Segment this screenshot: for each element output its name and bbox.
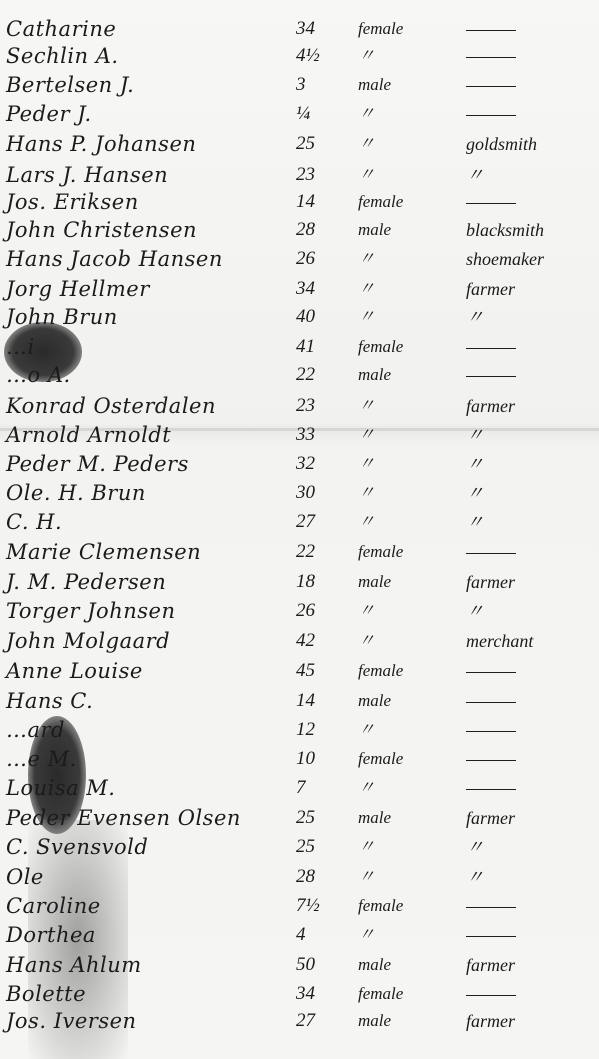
sex-cell: 〃 [358, 41, 375, 71]
sex-cell: male [358, 70, 391, 100]
occupation-cell: merchant [466, 626, 533, 656]
table-row: J. M. Pedersen18malefarmer [0, 567, 599, 597]
age-cell: 3 [296, 70, 306, 100]
table-row: Catharine34female [0, 14, 599, 44]
sex-cell: female [358, 537, 403, 567]
name-cell: Peder Evensen Olsen [6, 803, 241, 833]
occupation-cell [466, 979, 516, 1009]
sex-cell: male [358, 686, 391, 716]
age-cell: 26 [296, 596, 315, 626]
sex-cell: female [358, 656, 403, 686]
occupation-cell: farmer [466, 567, 515, 597]
dash-mark [466, 760, 516, 761]
table-row: Peder Evensen Olsen25malefarmer [0, 803, 599, 833]
name-cell: Hans C. [6, 686, 93, 716]
age-cell: 7 [296, 773, 306, 803]
age-cell: 22 [296, 537, 315, 567]
table-row: John Brun40〃〃 [0, 302, 599, 332]
name-cell: Ole. H. Brun [6, 478, 146, 508]
dash-mark [466, 376, 516, 377]
occupation-cell: shoemaker [466, 244, 544, 274]
age-cell: 10 [296, 744, 315, 774]
table-row: Louisa M.7〃 [0, 773, 599, 803]
name-cell: Torger Johnsen [6, 596, 175, 626]
sex-cell: 〃 [358, 302, 375, 332]
name-cell: Catharine [6, 14, 116, 44]
sex-cell: male [358, 567, 391, 597]
age-cell: 28 [296, 215, 315, 245]
occupation-cell [466, 920, 516, 950]
sex-cell: female [358, 979, 403, 1009]
table-row: Marie Clemensen22female [0, 537, 599, 567]
table-row: Lars J. Hansen23〃〃 [0, 160, 599, 190]
name-cell: C. Svensvold [6, 832, 148, 862]
dash-mark [466, 672, 516, 673]
table-row: Peder J.¼〃 [0, 99, 599, 129]
occupation-cell [466, 891, 516, 921]
table-row: Bertelsen J.3male [0, 70, 599, 100]
occupation-cell: farmer [466, 1006, 515, 1036]
age-cell: 14 [296, 187, 315, 217]
name-cell: Bertelsen J. [6, 70, 134, 100]
occupation-cell [466, 686, 516, 716]
sex-cell: 〃 [358, 244, 375, 274]
dash-mark [466, 789, 516, 790]
dash-mark [466, 86, 516, 87]
occupation-cell [466, 187, 516, 217]
name-cell: Hans Ahlum [6, 950, 142, 980]
age-cell: 32 [296, 449, 315, 479]
occupation-cell [466, 744, 516, 774]
occupation-cell: 〃 [466, 160, 484, 190]
sex-cell: 〃 [358, 449, 375, 479]
sex-cell: male [358, 360, 391, 390]
age-cell: 33 [296, 420, 315, 450]
occupation-cell [466, 70, 516, 100]
dash-mark [466, 995, 516, 996]
age-cell: 27 [296, 507, 315, 537]
age-cell: 12 [296, 715, 315, 745]
sex-cell: 〃 [358, 420, 375, 450]
name-cell: Jos. Eriksen [6, 187, 139, 217]
occupation-cell [466, 715, 516, 745]
table-row: Hans Ahlum50malefarmer [0, 950, 599, 980]
name-cell: Peder J. [6, 99, 92, 129]
occupation-cell [466, 656, 516, 686]
occupation-cell: 〃 [466, 302, 484, 332]
occupation-cell: 〃 [466, 420, 484, 450]
name-cell: Anne Louise [6, 656, 143, 686]
table-row: …i41female [0, 332, 599, 362]
occupation-cell: 〃 [466, 478, 484, 508]
occupation-cell: 〃 [466, 449, 484, 479]
dash-mark [466, 907, 516, 908]
sex-cell: female [358, 14, 403, 44]
name-cell: Ole [6, 862, 44, 892]
occupation-cell: farmer [466, 803, 515, 833]
table-row: Ole28〃〃 [0, 862, 599, 892]
table-row: John Molgaard42〃merchant [0, 626, 599, 656]
table-row: C. H.27〃〃 [0, 507, 599, 537]
name-cell: Lars J. Hansen [6, 160, 168, 190]
name-cell: Jorg Hellmer [6, 274, 150, 304]
sex-cell: 〃 [358, 626, 375, 656]
occupation-cell: farmer [466, 391, 515, 421]
table-row: Torger Johnsen26〃〃 [0, 596, 599, 626]
age-cell: 22 [296, 360, 315, 390]
age-cell: 42 [296, 626, 315, 656]
age-cell: 23 [296, 391, 315, 421]
occupation-cell: 〃 [466, 596, 484, 626]
name-cell: …o A. [6, 360, 71, 390]
occupation-cell [466, 14, 516, 44]
age-cell: 34 [296, 979, 315, 1009]
sex-cell: 〃 [358, 160, 375, 190]
sex-cell: 〃 [358, 773, 375, 803]
name-cell: Peder M. Peders [6, 449, 189, 479]
age-cell: ¼ [296, 99, 310, 129]
age-cell: 7½ [296, 891, 320, 921]
dash-mark [466, 57, 516, 58]
occupation-cell [466, 537, 516, 567]
age-cell: 25 [296, 832, 315, 862]
occupation-cell: farmer [466, 274, 515, 304]
dash-mark [466, 348, 516, 349]
name-cell: …e M. [6, 744, 77, 774]
document-page: Catharine34femaleSechlin A.4½〃Bertelsen … [0, 0, 599, 1059]
name-cell: …ard [6, 715, 65, 745]
table-row: Jos. Iversen27malefarmer [0, 1006, 599, 1036]
sex-cell: 〃 [358, 832, 375, 862]
age-cell: 25 [296, 803, 315, 833]
occupation-cell: 〃 [466, 832, 484, 862]
occupation-cell: 〃 [466, 507, 484, 537]
table-row: Bolette34female [0, 979, 599, 1009]
sex-cell: 〃 [358, 391, 375, 421]
sex-cell: 〃 [358, 715, 375, 745]
table-row: Hans P. Johansen25〃goldsmith [0, 129, 599, 159]
age-cell: 4 [296, 920, 306, 950]
sex-cell: 〃 [358, 129, 375, 159]
age-cell: 45 [296, 656, 315, 686]
occupation-cell [466, 99, 516, 129]
age-cell: 25 [296, 129, 315, 159]
name-cell: Dorthea [6, 920, 96, 950]
table-row: Jorg Hellmer34〃farmer [0, 274, 599, 304]
sex-cell: 〃 [358, 596, 375, 626]
occupation-cell [466, 332, 516, 362]
occupation-cell [466, 360, 516, 390]
dash-mark [466, 553, 516, 554]
age-cell: 27 [296, 1006, 315, 1036]
sex-cell: female [358, 332, 403, 362]
table-row: Ole. H. Brun30〃〃 [0, 478, 599, 508]
name-cell: Hans P. Johansen [6, 129, 196, 159]
name-cell: John Christensen [6, 215, 197, 245]
age-cell: 34 [296, 14, 315, 44]
occupation-cell [466, 41, 516, 71]
sex-cell: 〃 [358, 99, 375, 129]
sex-cell: male [358, 215, 391, 245]
sex-cell: 〃 [358, 920, 375, 950]
table-row: …o A.22male [0, 360, 599, 390]
dash-mark [466, 936, 516, 937]
sex-cell: male [358, 1006, 391, 1036]
occupation-cell: 〃 [466, 862, 484, 892]
occupation-cell: blacksmith [466, 215, 544, 245]
sex-cell: male [358, 950, 391, 980]
occupation-cell: goldsmith [466, 129, 537, 159]
sex-cell: 〃 [358, 274, 375, 304]
table-row: C. Svensvold25〃〃 [0, 832, 599, 862]
name-cell: J. M. Pedersen [6, 567, 166, 597]
sex-cell: female [358, 187, 403, 217]
name-cell: John Brun [6, 302, 118, 332]
name-cell: John Molgaard [6, 626, 170, 656]
table-row: Arnold Arnoldt33〃〃 [0, 420, 599, 450]
age-cell: 34 [296, 274, 315, 304]
dash-mark [466, 115, 516, 116]
table-row: Peder M. Peders32〃〃 [0, 449, 599, 479]
table-row: Dorthea4〃 [0, 920, 599, 950]
name-cell: Arnold Arnoldt [6, 420, 171, 450]
table-row: Hans Jacob Hansen26〃shoemaker [0, 244, 599, 274]
name-cell: Bolette [6, 979, 86, 1009]
table-row: …ard12〃 [0, 715, 599, 745]
name-cell: Jos. Iversen [6, 1006, 137, 1036]
table-row: Sechlin A.4½〃 [0, 41, 599, 71]
age-cell: 4½ [296, 41, 320, 71]
age-cell: 40 [296, 302, 315, 332]
dash-mark [466, 203, 516, 204]
sex-cell: female [358, 744, 403, 774]
age-cell: 23 [296, 160, 315, 190]
occupation-cell: farmer [466, 950, 515, 980]
age-cell: 14 [296, 686, 315, 716]
table-row: Jos. Eriksen14female [0, 187, 599, 217]
occupation-cell [466, 773, 516, 803]
sex-cell: 〃 [358, 862, 375, 892]
age-cell: 50 [296, 950, 315, 980]
table-row: John Christensen28maleblacksmith [0, 215, 599, 245]
table-row: Hans C.14male [0, 686, 599, 716]
name-cell: Marie Clemensen [6, 537, 201, 567]
age-cell: 28 [296, 862, 315, 892]
name-cell: Konrad Osterdalen [6, 391, 216, 421]
dash-mark [466, 30, 516, 31]
name-cell: Caroline [6, 891, 101, 921]
dash-mark [466, 702, 516, 703]
sex-cell: female [358, 891, 403, 921]
name-cell: Sechlin A. [6, 41, 119, 71]
age-cell: 30 [296, 478, 315, 508]
sex-cell: 〃 [358, 507, 375, 537]
dash-mark [466, 731, 516, 732]
sex-cell: male [358, 803, 391, 833]
table-row: …e M.10female [0, 744, 599, 774]
table-row: Anne Louise45female [0, 656, 599, 686]
name-cell: C. H. [6, 507, 62, 537]
name-cell: Hans Jacob Hansen [6, 244, 223, 274]
sex-cell: 〃 [358, 478, 375, 508]
table-row: Caroline7½female [0, 891, 599, 921]
name-cell: Louisa M. [6, 773, 115, 803]
age-cell: 18 [296, 567, 315, 597]
name-cell: …i [6, 332, 35, 362]
age-cell: 26 [296, 244, 315, 274]
age-cell: 41 [296, 332, 315, 362]
table-row: Konrad Osterdalen23〃farmer [0, 391, 599, 421]
